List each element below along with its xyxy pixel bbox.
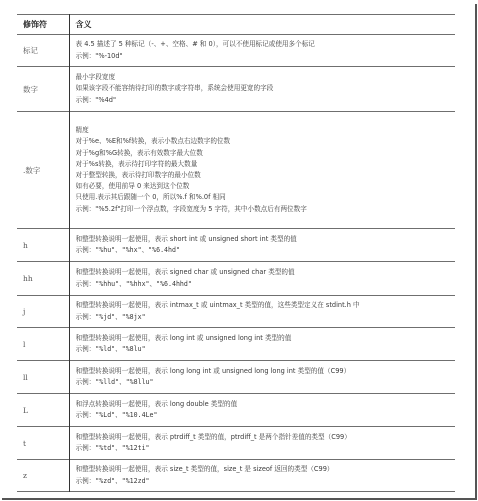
meaning-cell: 和整型转换说明一起使用，表示 size_t 类型的值，size_t 是 size… xyxy=(69,460,455,492)
modifier-cell: h xyxy=(17,229,69,262)
example-line: 示例："%lld"、"%8llu" xyxy=(76,377,456,388)
meaning-line: 和整型转换说明一起使用，表示 ptrdiff_t 类型的值，ptrdiff_t … xyxy=(76,432,456,443)
modifier-cell: z xyxy=(17,460,69,492)
meaning-line: 对于%e、%E和%f转换，表示小数点右边数字的位数 xyxy=(76,136,456,147)
meaning-line: 和整型转换说明一起使用，表示 long long int 或 unsigned … xyxy=(76,366,456,377)
table-row: t 和整型转换说明一起使用，表示 ptrdiff_t 类型的值，ptrdiff_… xyxy=(17,427,455,460)
meaning-cell: 和整型转换说明一起使用，表示 ptrdiff_t 类型的值，ptrdiff_t … xyxy=(69,427,455,460)
window-bottom-border xyxy=(2,498,477,500)
example-line: 示例："%-10d" xyxy=(76,51,456,62)
table-row: 标记 表 4.5 描述了 5 种标记（-、+、空格、# 和 0），可以不使用标记… xyxy=(17,35,455,67)
table-row: h 和整型转换说明一起使用，表示 short int 或 unsigned sh… xyxy=(17,229,455,262)
table-row: j 和整型转换说明一起使用，表示 intmax_t 或 uintmax_t 类型… xyxy=(17,296,455,328)
table-row: hh 和整型转换说明一起使用，表示 signed char 或 unsigned… xyxy=(17,262,455,296)
header-meaning: 含义 xyxy=(69,15,455,35)
table-row: ll 和整型转换说明一起使用，表示 long long int 或 unsign… xyxy=(17,361,455,394)
example-line: 示例："%hhu"、"%hhx"、"%6.4hhd" xyxy=(76,279,456,290)
meaning-line: 和整型转换说明一起使用，表示 signed char 或 unsigned ch… xyxy=(76,267,456,278)
modifier-cell: .数字 xyxy=(17,112,69,229)
meaning-line: 和浮点转换说明一起使用，表示 long double 类型的值 xyxy=(76,399,456,410)
meaning-line: 和整型转换说明一起使用，表示 long int 或 unsigned long … xyxy=(76,333,456,344)
table-row: z 和整型转换说明一起使用，表示 size_t 类型的值，size_t 是 si… xyxy=(17,460,455,492)
example-line: 示例："%Ld"、"%10.4Le" xyxy=(76,410,456,421)
example-line: 示例："%ld"、"%8lu" xyxy=(76,344,456,355)
example-line: 示例："%zd"、"%12zd" xyxy=(76,476,456,487)
meaning-cell: 和整型转换说明一起使用，表示 short int 或 unsigned shor… xyxy=(69,229,455,262)
modifier-cell: j xyxy=(17,296,69,328)
example-line: 示例："%td"、"%12ti" xyxy=(76,443,456,454)
table-row: L 和浮点转换说明一起使用，表示 long double 类型的值 示例："%L… xyxy=(17,394,455,427)
modifier-cell: hh xyxy=(17,262,69,296)
meaning-cell: 表 4.5 描述了 5 种标记（-、+、空格、# 和 0），可以不使用标记或使用… xyxy=(69,35,455,67)
meaning-line: 和整型转换说明一起使用，表示 intmax_t 或 uintmax_t 类型的值… xyxy=(76,300,456,311)
meaning-cell: 和整型转换说明一起使用，表示 long int 或 unsigned long … xyxy=(69,328,455,361)
meaning-cell: 和整型转换说明一起使用，表示 intmax_t 或 uintmax_t 类型的值… xyxy=(69,296,455,328)
modifier-cell: 数字 xyxy=(17,67,69,112)
example-line: 示例："%4d" xyxy=(76,95,456,106)
window-right-border xyxy=(475,4,477,500)
meaning-line: 对于整型转换，表示待打印数字的最小位数 xyxy=(76,170,456,181)
meaning-cell: 和整型转换说明一起使用，表示 long long int 或 unsigned … xyxy=(69,361,455,394)
header-modifier: 修饰符 xyxy=(17,15,69,35)
meaning-line: 最小字段宽度 xyxy=(76,72,456,83)
meaning-line: 如有必要，使用前导 0 来达到这个位数 xyxy=(76,181,456,192)
modifier-cell: L xyxy=(17,394,69,427)
table-header-row: 修饰符 含义 xyxy=(17,15,455,35)
meaning-line: 对于%s转换，表示待打印字符的最大数量 xyxy=(76,159,456,170)
table-row: .数字 精度 对于%e、%E和%f转换，表示小数点右边数字的位数 对于%g和%G… xyxy=(17,112,455,229)
table-row: 数字 最小字段宽度 如果该字段不能容纳待打印的数字或字符串，系统会使用更宽的字段… xyxy=(17,67,455,112)
meaning-cell: 和浮点转换说明一起使用，表示 long double 类型的值 示例："%Ld"… xyxy=(69,394,455,427)
example-line: 示例："%hu"、"%hx"、"%6.4hd" xyxy=(76,245,456,256)
meaning-line: 精度 xyxy=(76,125,456,136)
table-row: l 和整型转换说明一起使用，表示 long int 或 unsigned lon… xyxy=(17,328,455,361)
example-line: 示例："%jd"、"%8jx" xyxy=(76,312,456,323)
modifier-cell: ll xyxy=(17,361,69,394)
example-line: 示例："%5.2f"打印一个浮点数，字段宽度为 5 字符，其中小数点后有两位数字 xyxy=(76,204,456,215)
meaning-line: 如果该字段不能容纳待打印的数字或字符串，系统会使用更宽的字段 xyxy=(76,83,456,94)
modifier-cell: t xyxy=(17,427,69,460)
meaning-cell: 最小字段宽度 如果该字段不能容纳待打印的数字或字符串，系统会使用更宽的字段 示例… xyxy=(69,67,455,112)
meaning-cell: 精度 对于%e、%E和%f转换，表示小数点右边数字的位数 对于%g和%G转换，表… xyxy=(69,112,455,229)
meaning-cell: 和整型转换说明一起使用，表示 signed char 或 unsigned ch… xyxy=(69,262,455,296)
modifier-cell: l xyxy=(17,328,69,361)
meaning-line: 和整型转换说明一起使用，表示 short int 或 unsigned shor… xyxy=(76,234,456,245)
modifier-cell: 标记 xyxy=(17,35,69,67)
meaning-line: 和整型转换说明一起使用，表示 size_t 类型的值，size_t 是 size… xyxy=(76,464,456,475)
meaning-line: 对于%g和%G转换，表示有效数字最大位数 xyxy=(76,148,456,159)
meaning-line: 表 4.5 描述了 5 种标记（-、+、空格、# 和 0），可以不使用标记或使用… xyxy=(76,39,456,50)
printf-modifiers-table: 修饰符 含义 标记 表 4.5 描述了 5 种标记（-、+、空格、# 和 0），… xyxy=(17,14,455,492)
meaning-line: 只使用.表示其后跟随一个 0，所以%.f 和%.0f 相同 xyxy=(76,192,456,203)
